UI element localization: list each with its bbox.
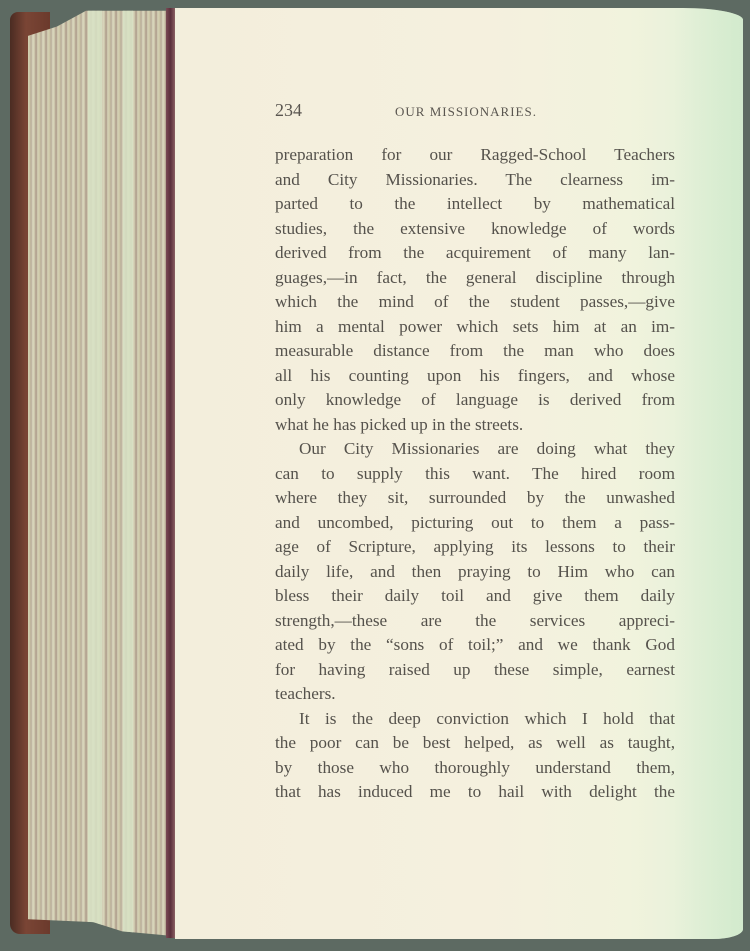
page-edges [28, 8, 173, 936]
text-line: age of Scripture, applying its lessons t… [275, 535, 675, 560]
body-text: preparation for our Ragged-School Teache… [275, 143, 675, 805]
page-number: 234 [275, 100, 302, 121]
text-line: guages,—in fact, the general discipline … [275, 266, 675, 291]
page-edge-highlight [88, 8, 102, 936]
text-line: ated by the “sons of toil;” and we thank… [275, 633, 675, 658]
text-line: strength,—these are the services appreci… [275, 609, 675, 634]
text-line: parted to the intellect by mathematical [275, 192, 675, 217]
text-line: which the mind of the student passes,—gi… [275, 290, 675, 315]
text-line: where they sit, surrounded by the unwash… [275, 486, 675, 511]
text-line: that has induced me to hail with delight… [275, 780, 675, 805]
text-line: derived from the acquirement of many lan… [275, 241, 675, 266]
text-line: preparation for our Ragged-School Teache… [275, 143, 675, 168]
text-line: can to supply this want. The hired room [275, 462, 675, 487]
text-line: daily life, and then praying to Him who … [275, 560, 675, 585]
text-line: him a mental power which sets him at an … [275, 315, 675, 340]
chapter-title: OUR MISSIONARIES. [395, 104, 537, 120]
text-line: only knowledge of language is derived fr… [275, 388, 675, 413]
text-line: the poor can be best helped, as well as … [275, 731, 675, 756]
text-line: by those who thoroughly understand them, [275, 756, 675, 781]
text-line: for having raised up these simple, earne… [275, 658, 675, 683]
paragraph-start: It is the deep conviction which I hold t… [275, 707, 675, 732]
paragraph-start: Our City Missionaries are doing what the… [275, 437, 675, 462]
text-line: all his counting upon his fingers, and w… [275, 364, 675, 389]
text-line: measurable distance from the man who doe… [275, 339, 675, 364]
page-gutter [166, 8, 175, 938]
text-line: studies, the extensive knowledge of word… [275, 217, 675, 242]
text-line: bless their daily toil and give them dai… [275, 584, 675, 609]
text-line: what he has picked up in the streets. [275, 413, 675, 438]
running-head: 234 OUR MISSIONARIES. [275, 100, 675, 124]
text-line: and City Missionaries. The clearness im- [275, 168, 675, 193]
page-edge-highlight [123, 8, 133, 936]
text-line: and uncombed, picturing out to them a pa… [275, 511, 675, 536]
text-line: teachers. [275, 682, 675, 707]
